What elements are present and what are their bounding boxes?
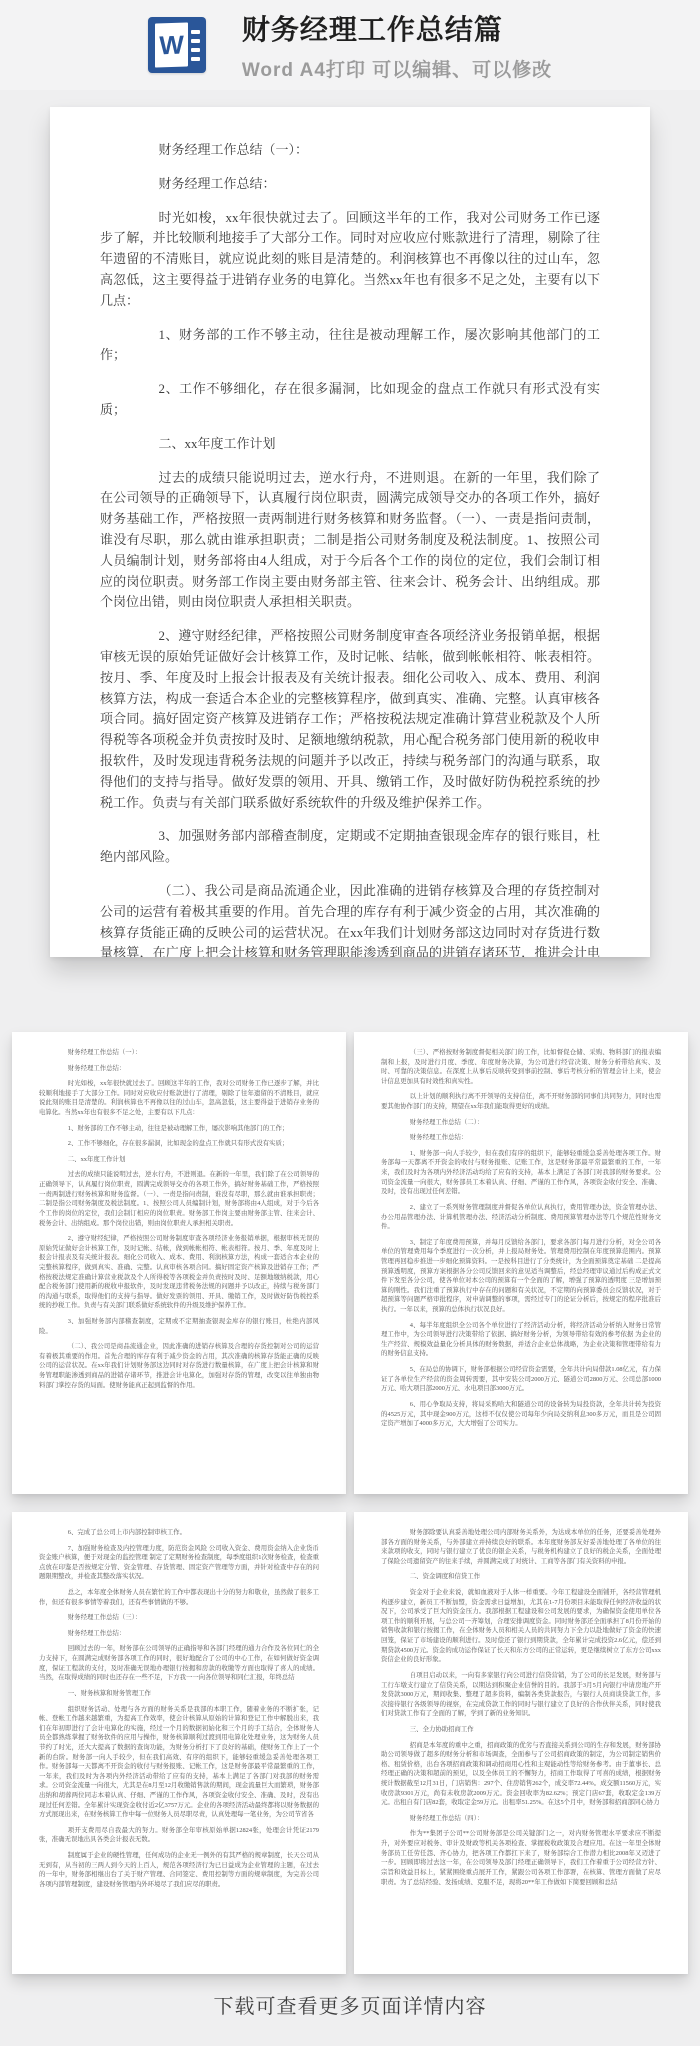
paragraph: 时光如梭，xx年很快就过去了。回顾这半年的工作，我对公司财务工作已逐步了解，并比… — [100, 208, 600, 312]
document-preview-page-1[interactable]: 财务经理工作总结（一）：财务经理工作总结：时光如梭，xx年很快就过去了。回顾这半… — [50, 107, 650, 957]
thumbnail-grid: 财务经理工作总结（一）：财务经理工作总结：时光如梭，xx年很快就过去了。回顾这半… — [0, 1032, 700, 1974]
paragraph: 三、全力协助招商工作 — [381, 1725, 661, 1735]
paragraph: 制度属于企业的硬性管理，任何成功的企业无一例外的有其严格的规章制度，长天公司从无… — [39, 1851, 319, 1889]
paragraph: 3、制定了年度费用预算，并每月反馈给各部门，要求各部门每月进行分析，对全公司各单… — [381, 1238, 661, 1315]
paragraph: 2、建立了一系列财务管理制度并督促各单位认真执行，费用管理办法，资金管理办法、办… — [381, 1203, 661, 1232]
paragraph: 二、资金调度和信贷工作 — [381, 1572, 661, 1582]
page-subtitle: Word A4打印 可以编辑、可以修改 — [242, 55, 552, 82]
paragraph: 招商是本年度的重中之重，招商政策的优劣与否直接关系到公司的生存和发展，财务部协助… — [381, 1741, 661, 1808]
paragraph: 一、财务核算和财务管理工作 — [39, 1689, 319, 1699]
paragraph: 2、遵守财经纪律，严格按照公司财务制度审查各项经济业务报销单据，根据审核无误的原… — [39, 1234, 319, 1311]
paragraph: 资金对于企业来说，就如血液对于人体一样重要。今年工程建设全面铺开，各经营管理机构… — [381, 1588, 661, 1665]
paragraph: 二、xx年度工作计划 — [39, 1155, 319, 1165]
paragraph: 1、财务部的工作不够主动，往往是被动理解工作，屡次影响其他部门的工作； — [100, 325, 600, 367]
paragraph: 财务经理工作总结： — [39, 1629, 319, 1639]
paragraph: 6、完成了总公司上市内部控制审核工作。 — [39, 1528, 319, 1538]
paragraph: 3、加强财务部内部稽查制度，定期或不定期抽查银现金库存的银行账目，杜绝内部风险。 — [39, 1317, 319, 1336]
word-icon-sheet: W — [155, 22, 188, 67]
paragraph: 4、每半年度组织全公司各个单位进行了经济活动分析，将经济活动分析纳入财务日常管理… — [381, 1321, 661, 1359]
paragraph: 作为**集团子公司**公司财务部是公司关键部门之一，对内财务管理水平要求应不断提… — [381, 1829, 661, 1887]
word-icon-lines — [191, 30, 200, 61]
header-text: 财务经理工作总结篇 Word A4打印 可以编辑、可以修改 — [242, 8, 552, 82]
page-title: 财务经理工作总结篇 — [242, 8, 552, 48]
main-content: 财务经理工作总结（一）：财务经理工作总结：时光如梭，xx年很快就过去了。回顾这半… — [0, 107, 700, 2019]
paragraph: 2、工作不够细化，存在很多漏洞，比如现金的盘点工作就只有形式没有实质； — [100, 379, 600, 421]
paragraph: （三）、严格按财务制度督促相关部门的工作，比如督促仓储、采购、物料部门的报表编制… — [381, 1048, 661, 1086]
paragraph: 二、xx年度工作计划 — [100, 434, 600, 455]
paragraph: 财务经理工作总结（二）： — [381, 1118, 661, 1128]
paragraph: 财务经理工作总结（三）： — [39, 1613, 319, 1623]
paragraph: 5、在局总的协调下，财务部根据公司经营资金需要，全年共计向局借款1.08亿元，有… — [381, 1365, 661, 1394]
paragraph: 财务经理工作总结（四）： — [381, 1814, 661, 1824]
page-thumbnail-1[interactable]: 财务经理工作总结（一）：财务经理工作总结：时光如梭，xx年很快就过去了。回顾这半… — [12, 1032, 346, 1494]
paragraph: 财务经理工作总结（一）： — [100, 140, 600, 161]
paragraph: 6、用心争取局支持，将局采购哈大和隧道公司的设备转为局投资款，全年共计转为投资的… — [381, 1400, 661, 1429]
paragraph: 财务经理工作总结： — [381, 1133, 661, 1143]
paragraph: 1、财务部的工作不够主动，往往是被动理解工作，屡次影响其他部门的工作； — [39, 1124, 319, 1134]
template-preview-page: W 财务经理工作总结篇 Word A4打印 可以编辑、可以修改 财务经理工作总结… — [0, 0, 700, 2019]
paragraph: 过去的成绩只能说明过去，逆水行舟，不进则退。在新的一年里，我们除了在公司领导的正… — [100, 468, 600, 614]
paragraph: 7、加强财务检查及内控管理力度，防范资金风险 公司收入资金、费用资金纳入企业货币… — [39, 1544, 319, 1582]
paragraph: 组织财务活动、处理与各方面的财务关系是我部的本职工作，随着业务的不断扩张，记帐、… — [39, 1705, 319, 1820]
paragraph: 项开支费用尽自我最大的努力。财务部全年审核原始单据12824张，处理会计凭证21… — [39, 1826, 319, 1845]
page-thumbnail-4[interactable]: 财务部除要认真妥善地处理公司内部财务关系外，为达成本单位的任务，还要妥善处理外部… — [354, 1512, 688, 1974]
paragraph: 自项目启动以来，一向有多家银行向公司进行信贷营销，为了公司的长足发展，财务部与工… — [381, 1671, 661, 1719]
page-thumbnail-2[interactable]: （三）、严格按财务制度督促相关部门的工作，比如督促仓储、采购、物料部门的报表编制… — [354, 1032, 688, 1494]
paragraph: （二）、我公司是商品流通企业，因此准确的进销存核算及合理的存货控制对公司的运营有… — [39, 1342, 319, 1390]
paragraph: 2、遵守财经纪律，严格按照公司财务制度审查各项经济业务报销单据，根据审核无误的原… — [100, 626, 600, 813]
paragraph: 财务经理工作总结（一）： — [39, 1048, 319, 1058]
paragraph: 3、加强财务部内部稽查制度，定期或不定期抽查银现金库存的银行账目，杜绝内部风险。 — [100, 826, 600, 868]
paragraph: 1、财务部一向人手较少，但在我们有序的组织下，能够轻重缓急妥善处理各项工作。财务… — [381, 1149, 661, 1197]
paragraph: 以上计划的顺利执行离不开领导的支持信任，离不开财务部的同事们共同努力，同时也需要… — [381, 1092, 661, 1111]
paragraph: 财务部除要认真妥善地处理公司内部财务关系外，为达成本单位的任务，还要妥善处理外部… — [381, 1528, 661, 1566]
paragraph: 过去的成绩只能说明过去，逆水行舟，不进则退。在新的一年里，我们除了在公司领导的正… — [39, 1170, 319, 1228]
word-file-icon: W — [148, 17, 206, 73]
paragraph: 财务经理工作总结： — [39, 1064, 319, 1074]
paragraph: 回顾过去的一年，财务部在公司领导的正确指导和各部门经理的通力合作及各位同仁的全力… — [39, 1644, 319, 1682]
paragraph: 时光如梭，xx年很快就过去了。回顾这半年的工作，我对公司财务工作已逐步了解，并比… — [39, 1079, 319, 1117]
footer-hint: 下载可查看更多页面详情内容 — [0, 1990, 700, 2019]
page-thumbnail-3[interactable]: 6、完成了总公司上市内部控制审核工作。7、加强财务检查及内控管理力度，防范资金风… — [12, 1512, 346, 1974]
paragraph: （二）、我公司是商品流通企业，因此准确的进销存核算及合理的存货控制对公司的运营有… — [100, 881, 600, 957]
paragraph: 总之，本年度全体财务人员在繁忙的工作中都表现出十分的努力和敬业，虽然做了很多工作… — [39, 1588, 319, 1607]
header: W 财务经理工作总结篇 Word A4打印 可以编辑、可以修改 — [0, 0, 700, 90]
paragraph: 2、工作不够细化，存在很多漏洞，比如现金的盘点工作就只有形式没有实质； — [39, 1139, 319, 1149]
paragraph: 财务经理工作总结： — [100, 174, 600, 195]
word-icon-letter: W — [159, 32, 184, 59]
